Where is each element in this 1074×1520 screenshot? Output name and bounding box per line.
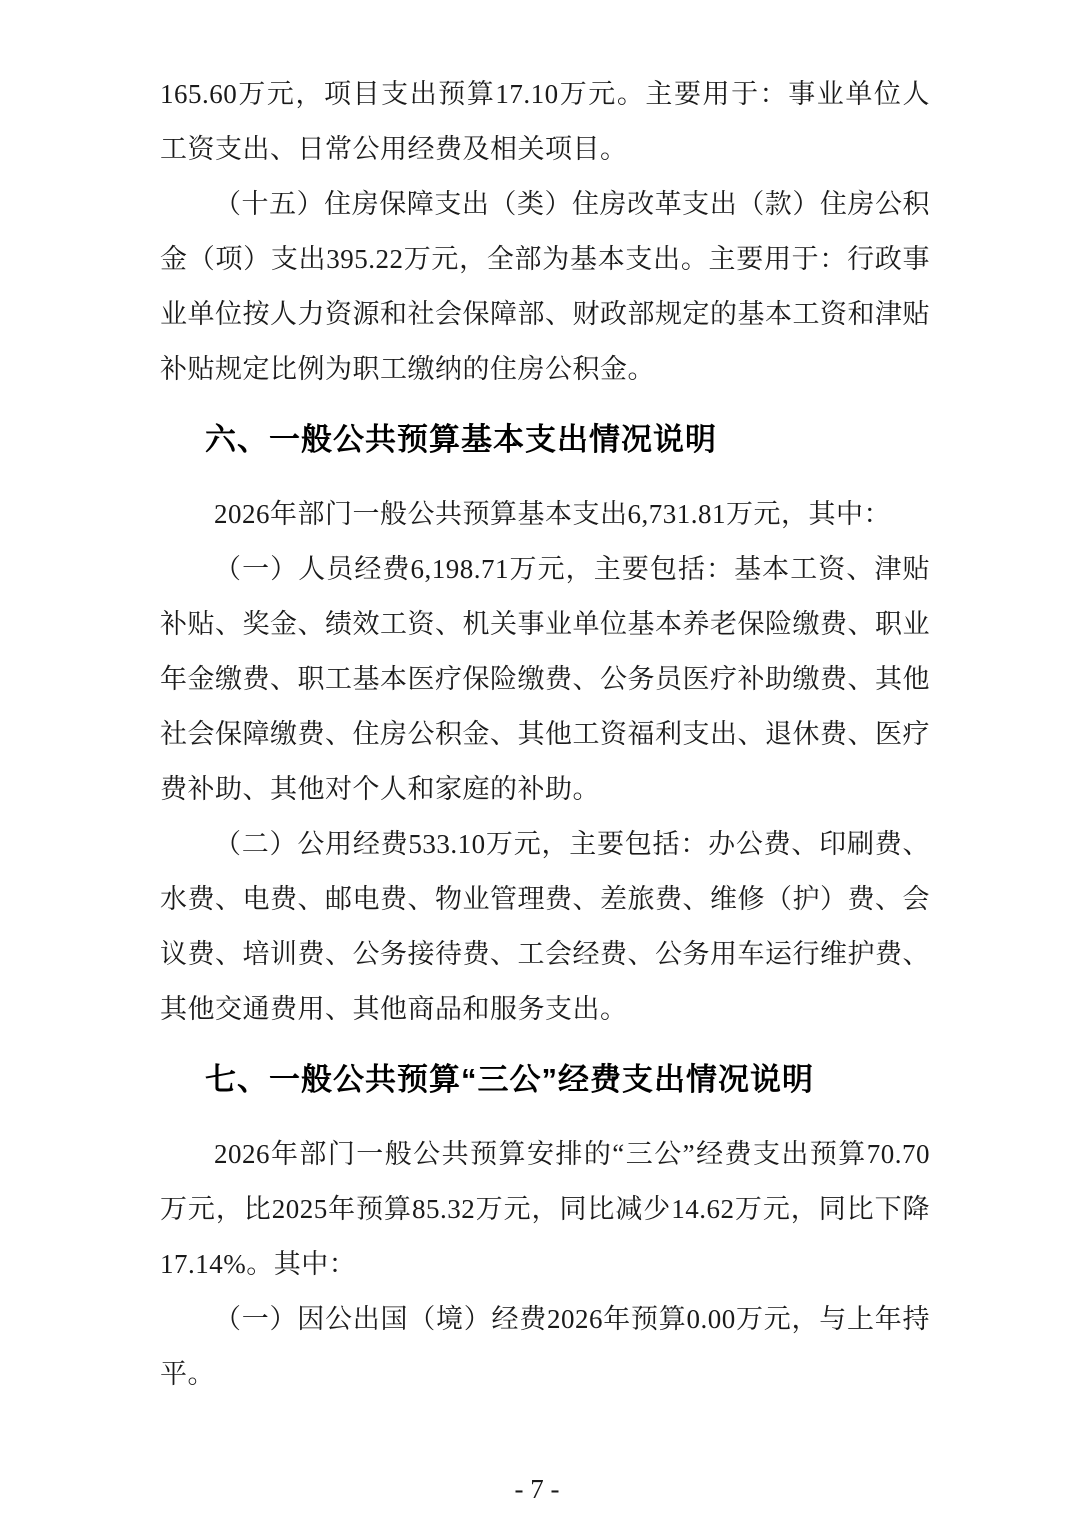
document-content: 165.60万元，项目支出预算17.10万元。主要用于：事业单位人员工资支出、日… xyxy=(0,0,1074,1402)
paragraph-line: 补贴、奖金、绩效工资、机关事业单位基本养老保险缴费、职业 xyxy=(160,597,930,652)
section-heading-text: 七、一般公共预算“三公”经费支出情况说明 xyxy=(160,1052,930,1107)
paragraph-line: （二）公用经费533.10万元，主要包括：办公费、印刷费、 xyxy=(160,817,930,872)
paragraph-line: 平。 xyxy=(160,1347,930,1402)
para-personnel-funds: （一）人员经费6,198.71万元，主要包括：基本工资、津贴补贴、奖金、绩效工资… xyxy=(160,542,930,817)
para-abroad-expense: （一）因公出国（境）经费2026年预算0.00万元，与上年持平。 xyxy=(160,1292,930,1402)
section-heading-text: 六、一般公共预算基本支出情况说明 xyxy=(160,412,930,467)
paragraph-line: （十五）住房保障支出（类）住房改革支出（款）住房公积 xyxy=(160,177,930,232)
paragraph-line: 补贴规定比例为职工缴纳的住房公积金。 xyxy=(160,342,930,397)
section-6-heading: 六、一般公共预算基本支出情况说明 xyxy=(160,412,930,467)
para-item-15-housing: （十五）住房保障支出（类）住房改革支出（款）住房公积金（项）支出395.22万元… xyxy=(160,177,930,397)
paragraph-line: （一）因公出国（境）经费2026年预算0.00万元，与上年持 xyxy=(160,1292,930,1347)
section-7-heading: 七、一般公共预算“三公”经费支出情况说明 xyxy=(160,1052,930,1107)
paragraph-line: 2026年部门一般公共预算基本支出6,731.81万元，其中： xyxy=(160,487,930,542)
paragraph-line: 费补助、其他对个人和家庭的补助。 xyxy=(160,762,930,817)
paragraph-line: 165.60万元，项目支出预算17.10万元。主要用于：事业单位人员 xyxy=(160,67,930,122)
paragraph-line: 业单位按人力资源和社会保障部、财政部规定的基本工资和津贴 xyxy=(160,287,930,342)
paragraph-line: 2026年部门一般公共预算安排的“三公”经费支出预算70.70 xyxy=(160,1127,930,1182)
paragraph-line: （一）人员经费6,198.71万元，主要包括：基本工资、津贴 xyxy=(160,542,930,597)
paragraph-line: 水费、电费、邮电费、物业管理费、差旅费、维修（护）费、会 xyxy=(160,872,930,927)
para-section-6-intro: 2026年部门一般公共预算基本支出6,731.81万元，其中： xyxy=(160,487,930,542)
paragraph-line: 工资支出、日常公用经费及相关项目。 xyxy=(160,122,930,177)
para-sangong-intro: 2026年部门一般公共预算安排的“三公”经费支出预算70.70万元，比2025年… xyxy=(160,1127,930,1292)
paragraph-line: 年金缴费、职工基本医疗保险缴费、公务员医疗补助缴费、其他 xyxy=(160,652,930,707)
page-number: - 7 - xyxy=(0,1462,1074,1517)
paragraph-line: 其他交通费用、其他商品和服务支出。 xyxy=(160,982,930,1037)
paragraph-line: 议费、培训费、公务接待费、工会经费、公务用车运行维护费、 xyxy=(160,927,930,982)
para-public-funds: （二）公用经费533.10万元，主要包括：办公费、印刷费、水费、电费、邮电费、物… xyxy=(160,817,930,1037)
document-page: 165.60万元，项目支出预算17.10万元。主要用于：事业单位人员工资支出、日… xyxy=(0,0,1074,1520)
paragraph-line: 金（项）支出395.22万元，全部为基本支出。主要用于：行政事 xyxy=(160,232,930,287)
paragraph-line: 17.14%。其中： xyxy=(160,1237,930,1292)
paragraph-line: 社会保障缴费、住房公积金、其他工资福利支出、退休费、医疗 xyxy=(160,707,930,762)
paragraph-line: 万元，比2025年预算85.32万元，同比减少14.62万元，同比下降 xyxy=(160,1182,930,1237)
para-project-expense-continuation: 165.60万元，项目支出预算17.10万元。主要用于：事业单位人员工资支出、日… xyxy=(160,67,930,177)
